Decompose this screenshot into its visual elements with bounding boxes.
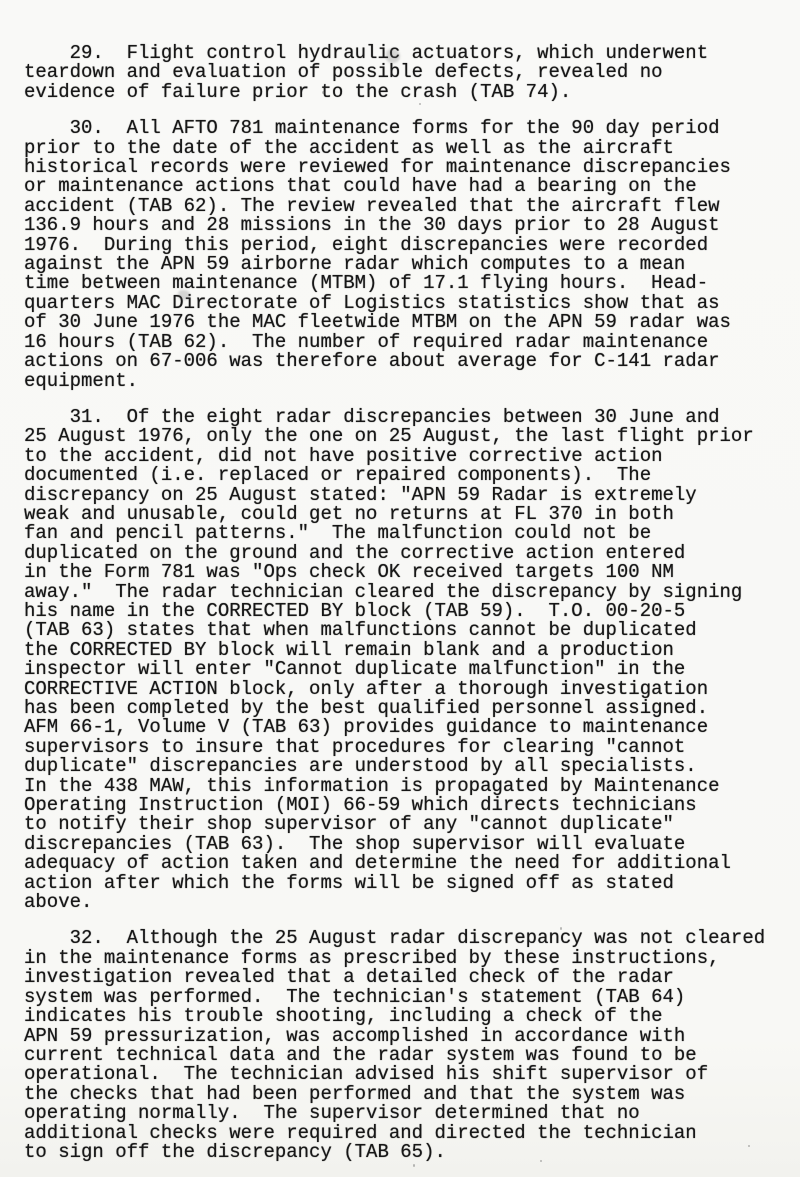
document-page: 29. Flight control hydraulic actuators, …: [0, 0, 800, 1177]
paragraph-31: 31. Of the eight radar discrepancies bet…: [24, 408, 790, 913]
document-body: 29. Flight control hydraulic actuators, …: [24, 44, 790, 1177]
paragraph-32: 32. Although the 25 August radar discrep…: [24, 929, 790, 1162]
paragraph-29: 29. Flight control hydraulic actuators, …: [24, 44, 790, 102]
paragraph-30: 30. All AFTO 781 maintenance forms for t…: [24, 119, 790, 391]
